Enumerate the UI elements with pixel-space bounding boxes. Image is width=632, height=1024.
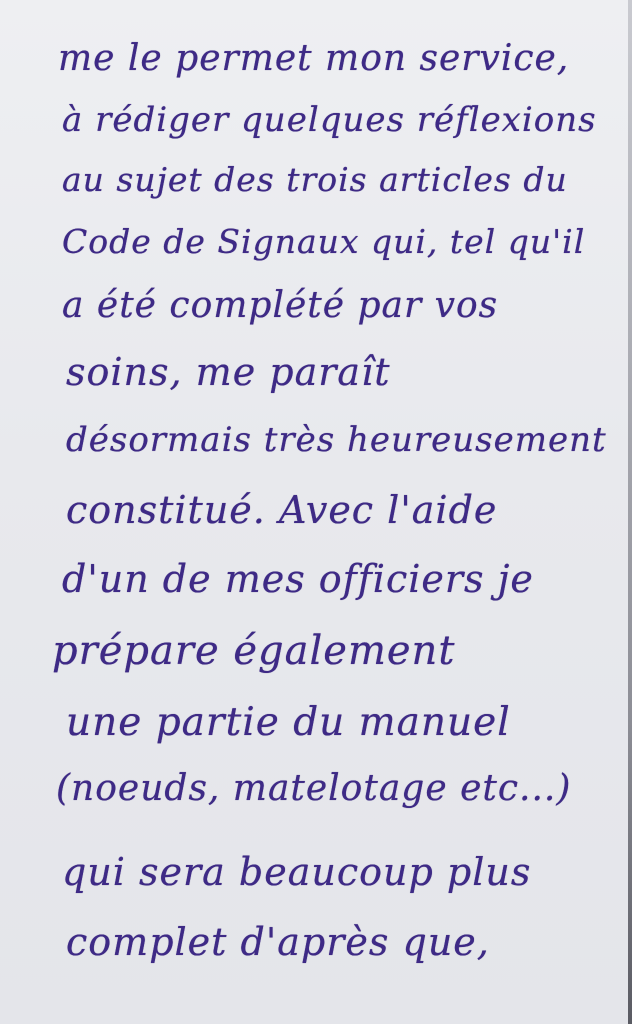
handwritten-line: désormais très heureusement (66, 420, 607, 460)
handwritten-line: qui sera beaucoup plus (62, 850, 531, 894)
handwritten-line: a été complété par vos (62, 285, 498, 326)
handwritten-line: d'un de mes officiers je (62, 557, 534, 601)
handwritten-line: à rédiger quelques réflexions (62, 100, 597, 140)
handwritten-line: au sujet des trois articles du (62, 160, 568, 199)
handwritten-line: Code de Signaux qui, tel qu'il (62, 222, 585, 261)
handwritten-line: une partie du manuel (66, 700, 511, 745)
handwritten-line: me le permet mon service, (58, 38, 569, 79)
letter-page: me le permet mon service, à rédiger quel… (0, 0, 628, 1024)
handwritten-line: complet d'après que, (66, 920, 490, 964)
handwritten-line: constitué. Avec l'aide (66, 488, 497, 532)
handwritten-line: prépare également (52, 628, 455, 674)
handwritten-line: (noeuds, matelotage etc...) (56, 768, 571, 809)
handwritten-line: soins, me paraît (66, 350, 391, 394)
page-edge-shadow (628, 0, 632, 1024)
